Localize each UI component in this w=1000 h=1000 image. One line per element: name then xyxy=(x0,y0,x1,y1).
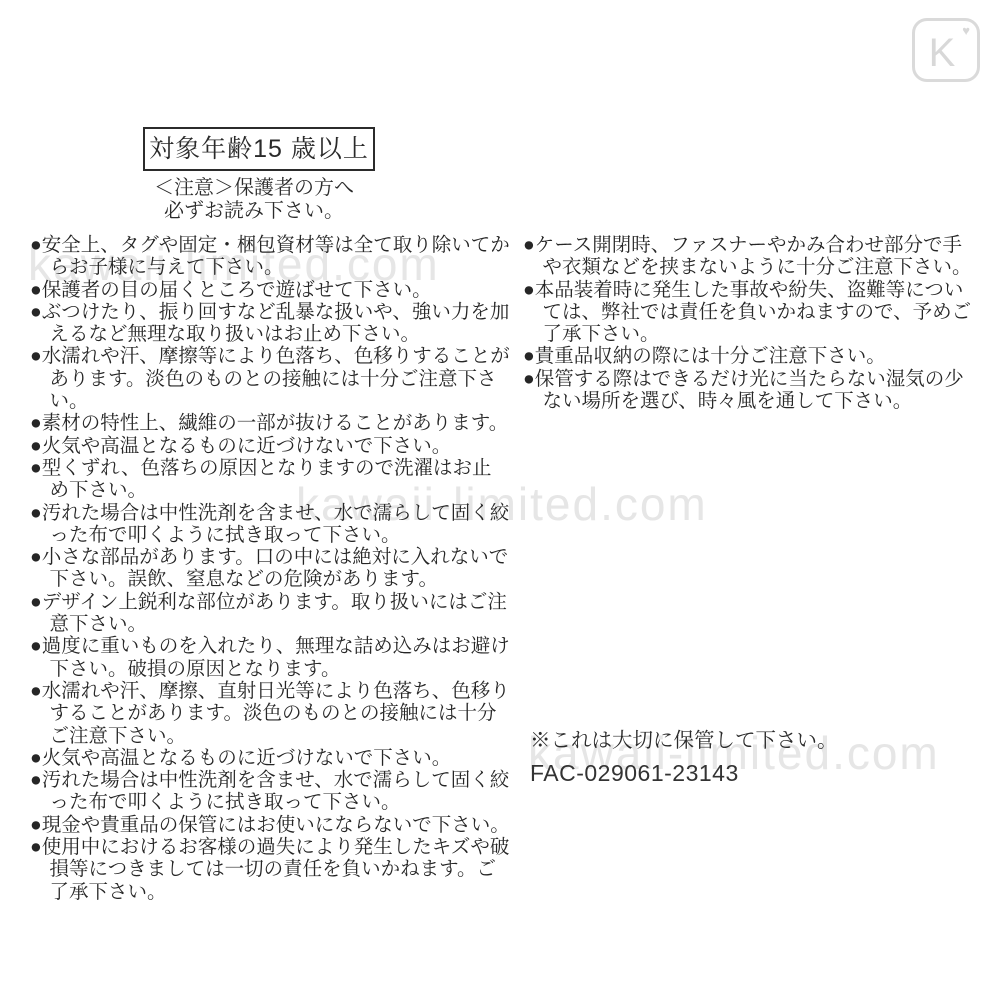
warning-item: ●小さな部品があります。口の中には絶対に入れないで下さい。誤飲、窒息などの危険が… xyxy=(30,546,510,591)
warning-item: ●火気や高温となるものに近づけないで下さい。 xyxy=(30,747,510,769)
kawaii-limited-logo: K ♥ xyxy=(912,18,980,82)
warning-item: ●水濡れや汗、摩擦、直射日光等により色落ち、色移りすることがあります。淡色のもの… xyxy=(30,680,510,747)
age-restriction-box: 対象年齢15 歳以上 xyxy=(143,127,375,171)
footer: ※これは大切に保管して下さい。 FAC-029061-23143 xyxy=(530,729,838,787)
keep-note: ※これは大切に保管して下さい。 xyxy=(530,729,838,753)
warning-item: ●火気や高温となるものに近づけないで下さい。 xyxy=(30,435,510,457)
warning-item: ●現金や貴重品の保管にはお使いにならないで下さい。 xyxy=(30,814,510,836)
warnings-left-column: ●安全上、タグや固定・梱包資材等は全て取り除いてからお子様に与えて下さい。 ●保… xyxy=(30,234,510,903)
warning-item: ●使用中におけるお客様の過失により発生したキズや破損等につきましては一切の責任を… xyxy=(30,836,510,903)
heart-icon: ♥ xyxy=(962,23,970,38)
warning-item: ●型くずれ、色落ちの原因となりますので洗濯はお止め下さい。 xyxy=(30,457,510,502)
warning-item: ●保管する際はできるだけ光に当たらない湿気の少ない場所を選び、時々風を通して下さ… xyxy=(523,368,979,413)
warning-item: ●安全上、タグや固定・梱包資材等は全て取り除いてからお子様に与えて下さい。 xyxy=(30,234,510,279)
notice-line1: ＜注意＞保護者の方へ xyxy=(118,177,390,200)
care-label-sheet: kawaii-limited.com kawaii-limited.com ka… xyxy=(0,0,1000,1000)
warning-item: ●保護者の目の届くところで遊ばせて下さい。 xyxy=(30,279,510,301)
guardian-notice: ＜注意＞保護者の方へ 必ずお読み下さい。 xyxy=(118,177,390,223)
warning-item: ●素材の特性上、繊維の一部が抜けることがあります。 xyxy=(30,412,510,434)
warning-item: ●汚れた場合は中性洗剤を含ませ、水で濡らして固く絞った布で叩くように拭き取って下… xyxy=(30,769,510,814)
warning-item: ●ぶつけたり、振り回すなど乱暴な扱いや、強い力を加えるなど無理な取り扱いはお止め… xyxy=(30,301,510,346)
product-code: FAC-029061-23143 xyxy=(530,760,838,787)
notice-line2: 必ずお読み下さい。 xyxy=(118,200,390,223)
warning-item: ●貴重品収納の際には十分ご注意下さい。 xyxy=(523,345,979,367)
warnings-right-column: ●ケース開閉時、ファスナーやかみ合わせ部分で手や衣類などを挟まないように十分ご注… xyxy=(523,234,979,412)
warning-item: ●汚れた場合は中性洗剤を含ませ、水で濡らして固く絞った布で叩くように拭き取って下… xyxy=(30,502,510,547)
warning-item: ●デザイン上鋭利な部位があります。取り扱いにはご注意下さい。 xyxy=(30,591,510,636)
warning-item: ●ケース開閉時、ファスナーやかみ合わせ部分で手や衣類などを挟まないように十分ご注… xyxy=(523,234,979,279)
warning-item: ●過度に重いものを入れたり、無理な詰め込みはお避け下さい。破損の原因となります。 xyxy=(30,635,510,680)
warning-item: ●水濡れや汗、摩擦等により色落ち、色移りすることがあります。淡色のものとの接触に… xyxy=(30,345,510,412)
warning-item: ●本品装着時に発生した事故や紛失、盗難等については、弊社では責任を負いかねますの… xyxy=(523,279,979,346)
logo-letter-k: K xyxy=(915,27,969,79)
